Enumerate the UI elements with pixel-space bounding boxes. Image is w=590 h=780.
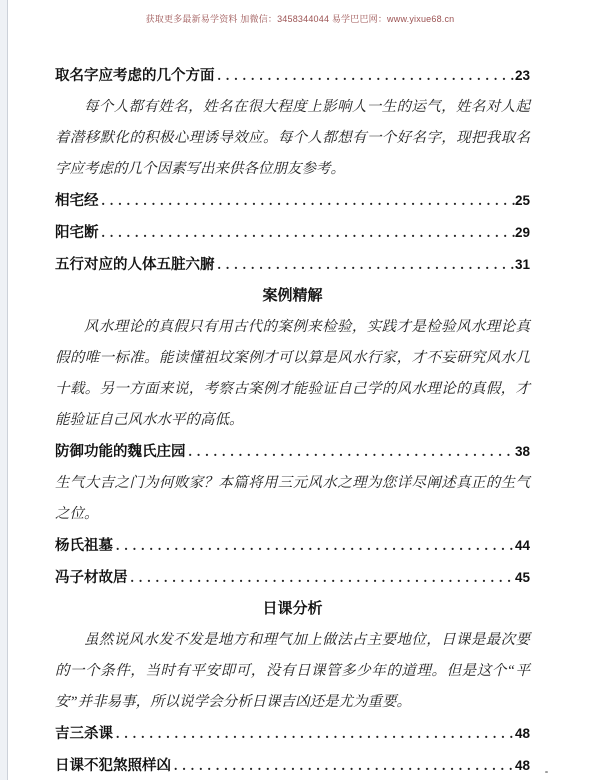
toc-entry-naming: 取名字应考虑的几个方面 ............................…	[55, 60, 530, 92]
toc-entry-title: 相宅经	[55, 186, 99, 217]
paragraph-weishi-note: 生气大吉之门为何败家？本篇将用三元风水之理为您详尽阐述真正的生气之位。	[55, 468, 530, 530]
section-heading-cases: 案例精解	[55, 281, 530, 312]
toc-dot-leader: ........................................…	[215, 60, 515, 91]
toc-entry-title: 取名字应考虑的几个方面	[55, 61, 215, 92]
toc-dot-leader: ........................................…	[215, 249, 515, 280]
toc-entry-title: 五行对应的人体五脏六腑	[55, 250, 215, 281]
toc-entry-title: 杨氏祖墓	[55, 531, 113, 562]
paragraph-rike: 虽然说风水发不发是地方和理气加上做法占主要地位，日课是最次要的一个条件，当时有平…	[55, 625, 530, 718]
toc-dot-leader: ........................................…	[99, 185, 515, 216]
toc-dot-leader: ........................................…	[186, 436, 515, 467]
toc-page-number: 48	[515, 750, 530, 780]
toc-entry-title: 防御功能的魏氏庄园	[55, 437, 186, 468]
toc-dot-leader: ........................................…	[113, 530, 515, 561]
toc-dot-leader: ........................................…	[171, 750, 515, 780]
paragraph-cases: 风水理论的真假只有用古代的案例来检验，实践才是检验风水理论真假的唯一标准。能读懂…	[55, 312, 530, 436]
toc-entry-yangshi: 杨氏祖墓 ...................................…	[55, 530, 530, 562]
promo-header-text: 获取更多最新易学资料 加微信：3458344044 易学巴巴网：www.yixu…	[10, 12, 590, 25]
toc-entry-title: 阳宅断	[55, 218, 99, 249]
document-content: 取名字应考虑的几个方面 ............................…	[55, 60, 530, 780]
toc-entry-fengzicai: 冯子材故居 ..................................…	[55, 562, 530, 594]
toc-entry-xiangzhaijing: 相宅经 ....................................…	[55, 185, 530, 217]
toc-page-number: 25	[515, 185, 530, 216]
stray-mark	[545, 771, 548, 773]
toc-entry-weishi: 防御功能的魏氏庄园 ..............................…	[55, 436, 530, 468]
toc-page-number: 23	[515, 60, 530, 91]
toc-entry-title: 日课不犯煞照样凶	[55, 751, 171, 780]
toc-page-number: 38	[515, 436, 530, 467]
toc-entry-jisansha: 吉三杀课 ...................................…	[55, 718, 530, 750]
toc-entry-title: 吉三杀课	[55, 719, 113, 750]
toc-dot-leader: ........................................…	[113, 718, 515, 749]
page-left-edge	[0, 0, 8, 780]
toc-page-number: 31	[515, 249, 530, 280]
toc-page-number: 44	[515, 530, 530, 561]
toc-entry-title: 冯子材故居	[55, 563, 128, 594]
toc-dot-leader: ........................................…	[128, 562, 515, 593]
toc-entry-wuxing: 五行对应的人体五脏六腑 ............................…	[55, 249, 530, 281]
section-heading-rike: 日课分析	[55, 594, 530, 625]
toc-page-number: 45	[515, 562, 530, 593]
toc-page-number: 29	[515, 217, 530, 248]
toc-entry-yangzhaiduan: 阳宅断 ....................................…	[55, 217, 530, 249]
toc-dot-leader: ........................................…	[99, 217, 515, 248]
paragraph-naming: 每个人都有姓名，姓名在很大程度上影响人一生的运气，姓名对人起着潜移默化的积极心理…	[55, 92, 530, 185]
toc-entry-rikebufan: 日课不犯煞照样凶 ...............................…	[55, 750, 530, 780]
toc-page-number: 48	[515, 718, 530, 749]
